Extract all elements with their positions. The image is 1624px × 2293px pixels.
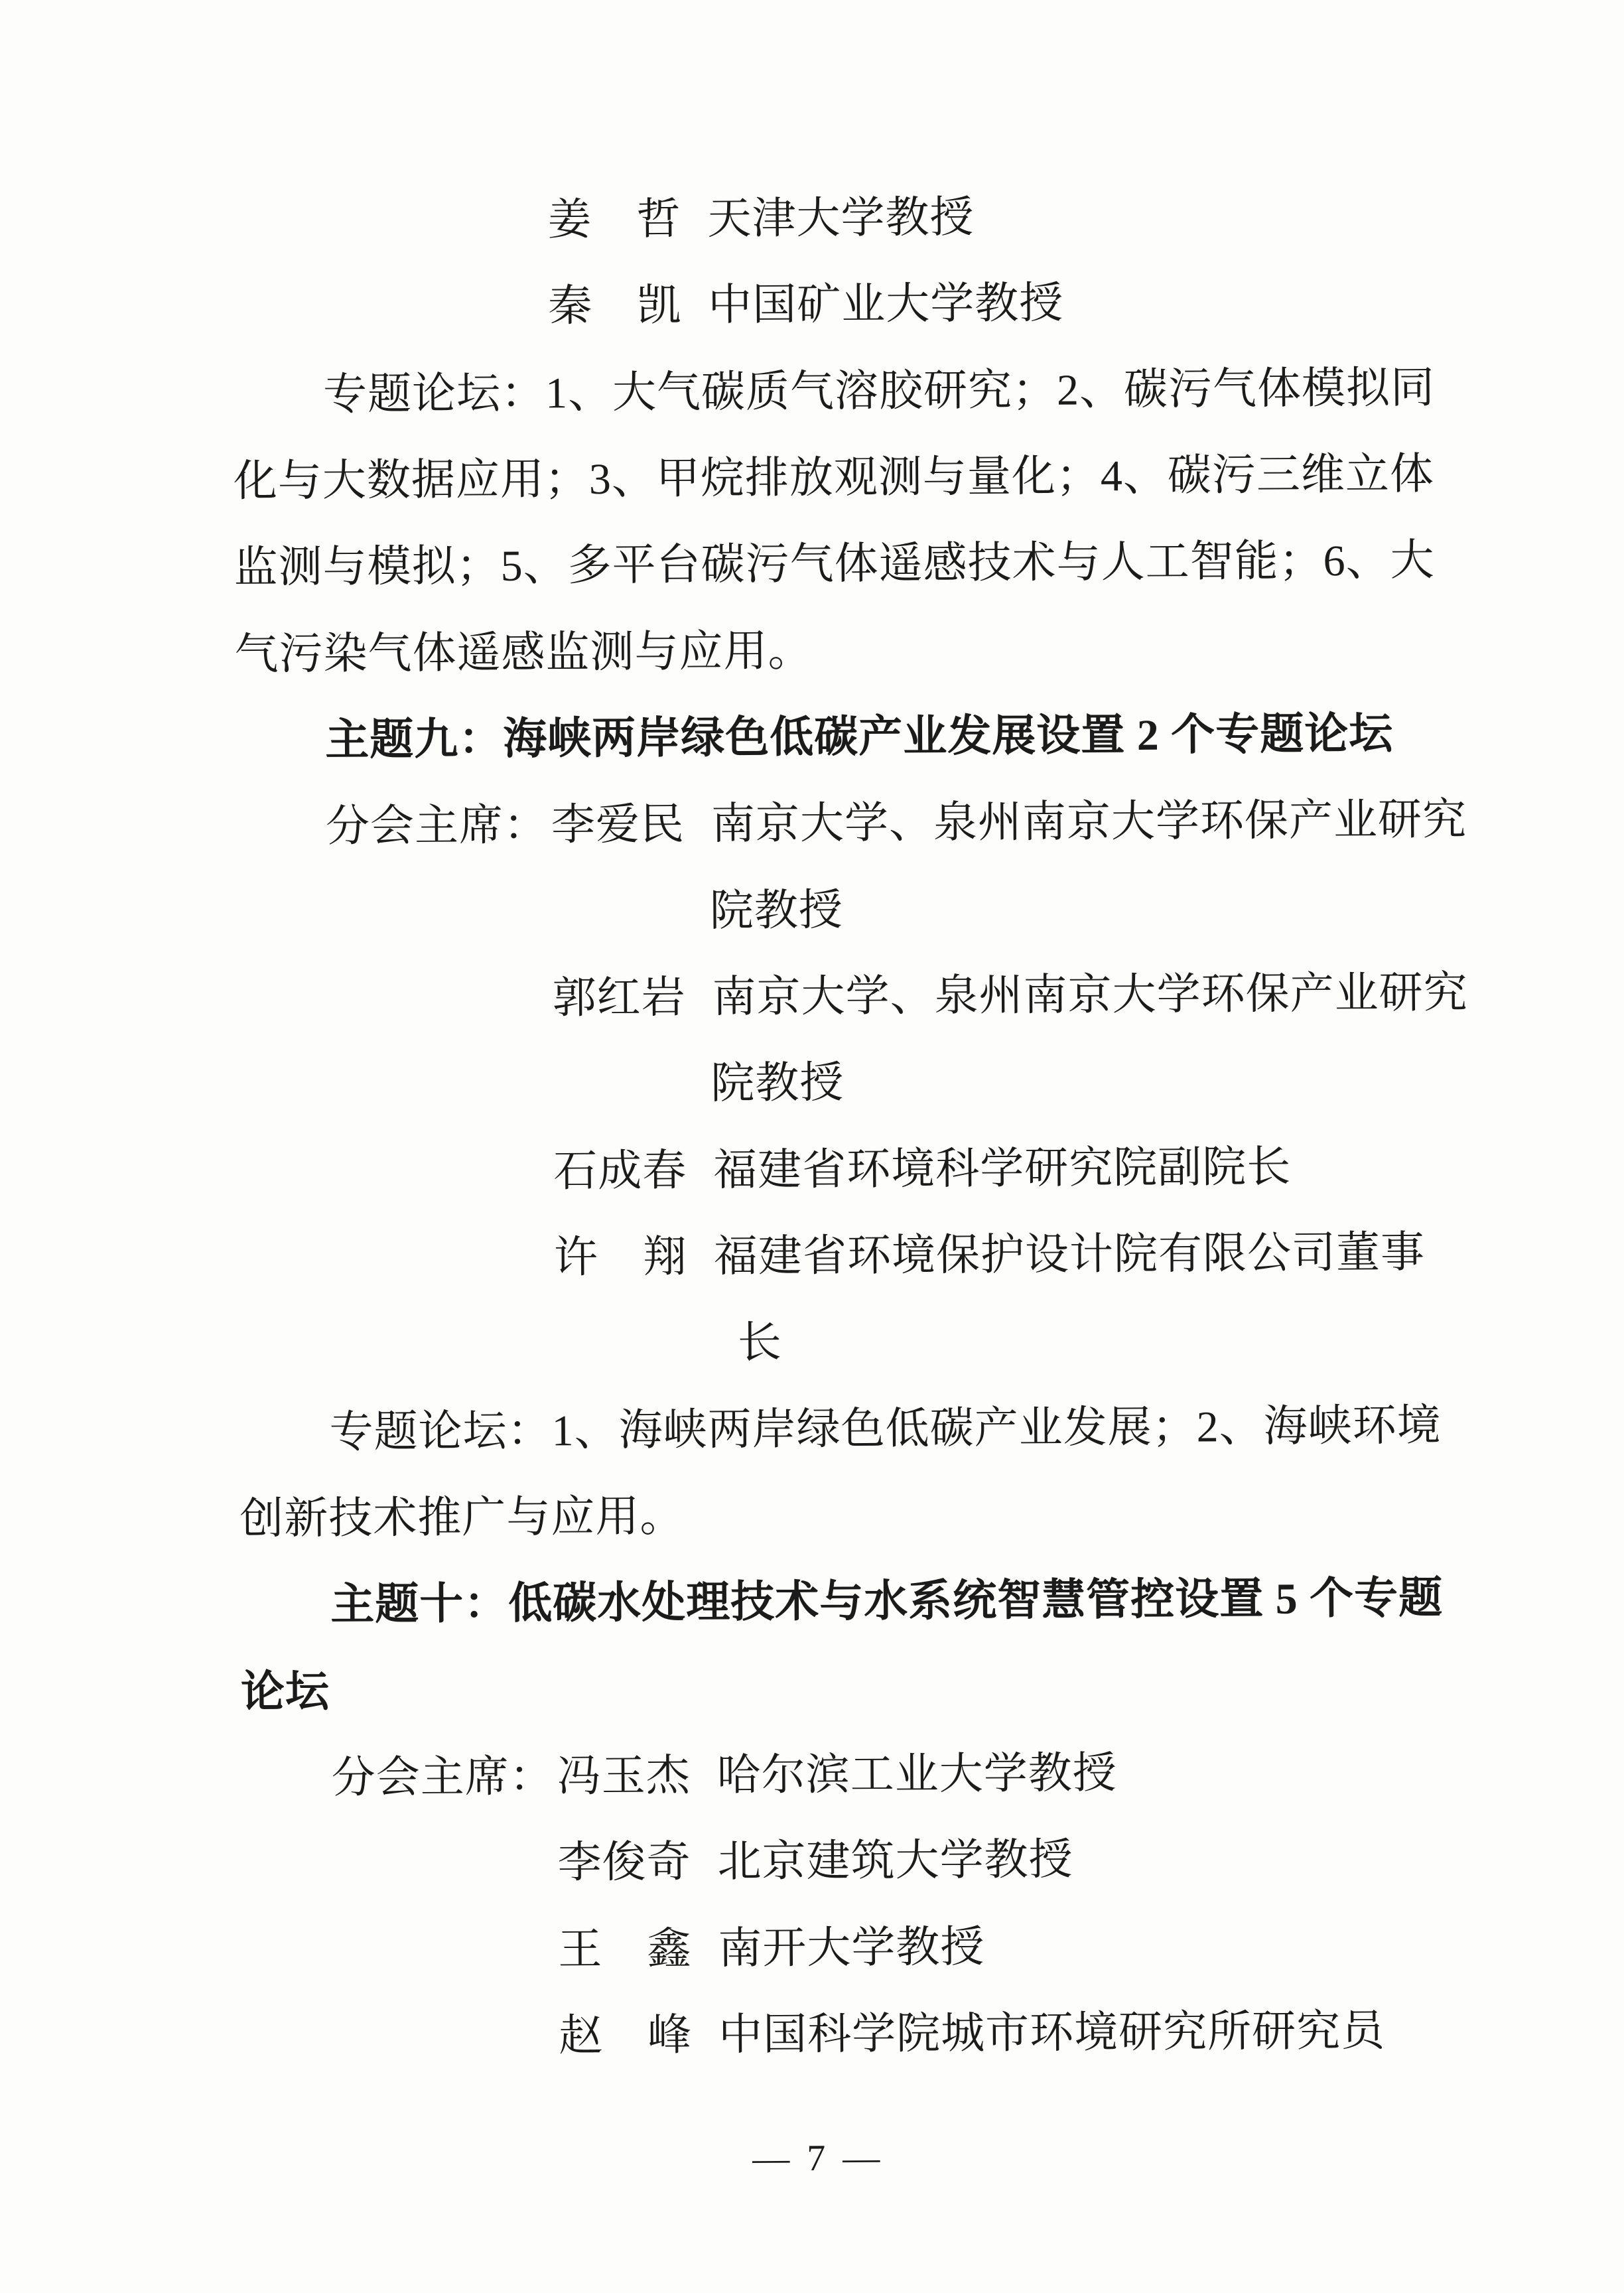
- person-name: 李爱民: [551, 781, 685, 869]
- person-name: 王 鑫: [558, 1906, 692, 1994]
- person-institution: 福建省环境科学研究院副院长: [713, 1143, 1291, 1195]
- attendee-line: 郭红岩南京大学、泉州南京大学环保产业研究: [552, 949, 1468, 1042]
- session-chair-line: 分会主席：冯玉杰哈尔滨工业大学教授: [331, 1730, 1117, 1822]
- forum-list-line: 专题论坛：1、海峡两岸绿色低碳产业发展；2、海峡环境: [329, 1382, 1442, 1476]
- institution-continuation: 院教授: [709, 867, 843, 955]
- person-institution: 南京大学、泉州南京大学环保产业研究: [711, 796, 1467, 849]
- institution-continuation: 长: [737, 1299, 782, 1387]
- page-number: — 7 —: [6, 2109, 1624, 2207]
- topic-nine-heading: 主题九：海峡两岸绿色低碳产业发展设置 2 个专题论坛: [325, 691, 1394, 785]
- institution-continuation: 院教授: [710, 1040, 845, 1128]
- person-name: 许 翔: [554, 1214, 688, 1302]
- session-chair-line: 分会主席：李爱民南京大学、泉州南京大学环保产业研究: [326, 776, 1467, 871]
- person-name: 赵 峰: [559, 1992, 693, 2080]
- person-institution: 中国科学院城市环境研究所研究员: [718, 2007, 1385, 2059]
- person-institution: 天津大学教授: [707, 193, 974, 243]
- attendee-line: 秦 凯中国矿业大学教授: [548, 260, 1064, 351]
- attendee-line: 许 翔福建省环境保护设计院有限公司董事: [554, 1209, 1426, 1302]
- person-name: 郭红岩: [552, 954, 686, 1042]
- attendee-line: 李俊奇北京建筑大学教授: [557, 1817, 1073, 1908]
- scanned-document-page: 姜 哲天津大学教授 秦 凯中国矿业大学教授 专题论坛：1、大气碳质气溶胶研究；2…: [0, 0, 1624, 2293]
- person-name: 冯玉杰: [557, 1732, 691, 1821]
- forum-list-line: 专题论坛：1、大气碳质气溶胶研究；2、碳污气体模拟同: [323, 344, 1436, 439]
- topic-ten-heading-continuation: 论坛: [241, 1648, 330, 1736]
- attendee-line: 姜 哲天津大学教授: [547, 174, 975, 264]
- forum-list-line: 创新技术推广与应用。: [239, 1473, 685, 1563]
- forum-list-line: 气污染气体遥感监测与应用。: [234, 608, 813, 699]
- chair-label: 分会主席：: [331, 1733, 557, 1822]
- attendee-line: 赵 峰中国科学院城市环境研究所研究员: [559, 1988, 1386, 2081]
- person-institution: 南京大学、泉州南京大学环保产业研究: [712, 969, 1467, 1022]
- chair-label: 分会主席：: [326, 782, 552, 870]
- person-name: 石成春: [553, 1127, 687, 1216]
- person-name: 秦 凯: [548, 262, 682, 350]
- person-institution: 哈尔滨工业大学教授: [717, 1749, 1117, 1800]
- topic-ten-heading: 主题十：低碳水处理技术与水系统智慧管控设置 5 个专题: [330, 1555, 1444, 1649]
- forum-list-line: 化与大数据应用；3、甲烷排放观测与量化；4、碳污三维立体: [233, 431, 1434, 525]
- person-name: 李俊奇: [557, 1819, 691, 1907]
- attendee-line: 石成春福建省环境科学研究院副院长: [553, 1124, 1292, 1216]
- forum-list-line: 监测与模拟；5、多平台碳污气体遥感技术与人工智能；6、大: [234, 517, 1435, 612]
- person-institution: 北京建筑大学教授: [717, 1836, 1073, 1886]
- attendee-line: 王 鑫南开大学教授: [558, 1904, 985, 1994]
- document-content: 姜 哲天津大学教授 秦 凯中国矿业大学教授 专题论坛：1、大气碳质气溶胶研究；2…: [0, 0, 1624, 2293]
- person-institution: 中国矿业大学教授: [708, 279, 1063, 330]
- person-institution: 福建省环境保护设计院有限公司董事: [714, 1228, 1425, 1281]
- person-name: 姜 哲: [547, 176, 681, 264]
- person-institution: 南开大学教授: [718, 1923, 984, 1973]
